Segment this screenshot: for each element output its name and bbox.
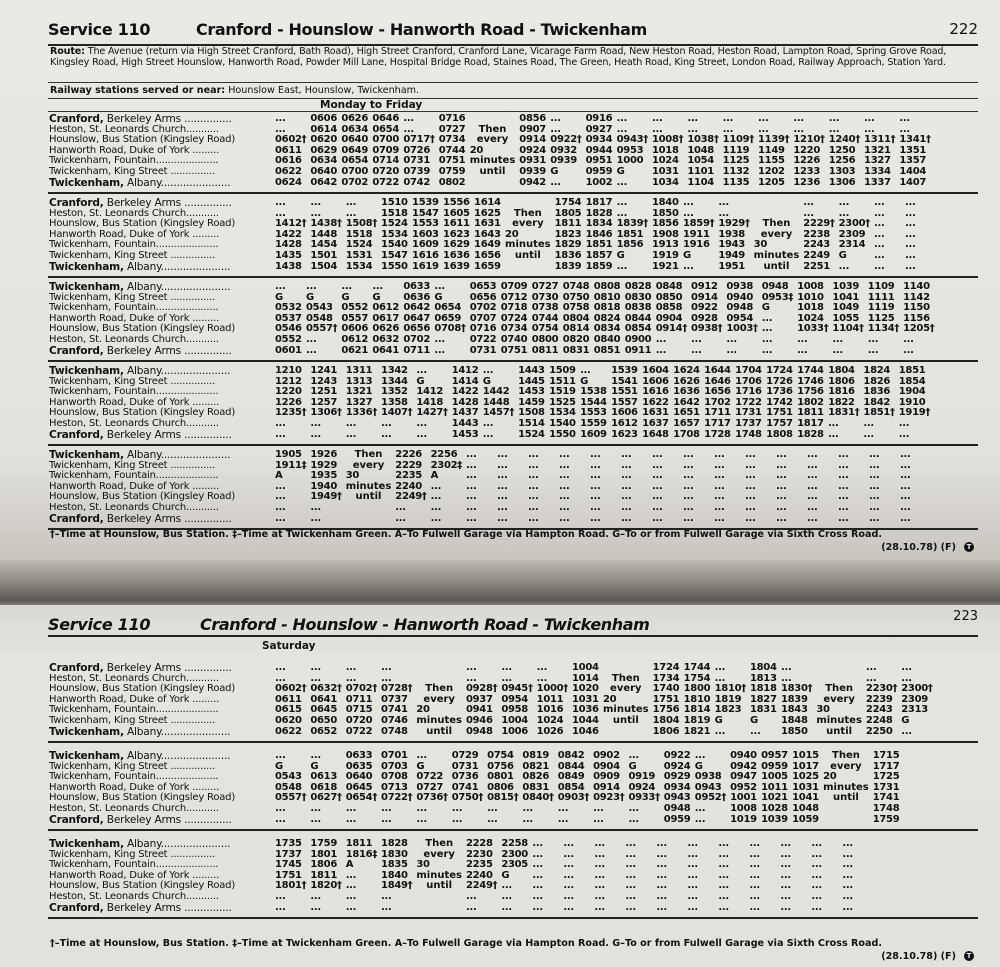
departure-time: ... — [654, 839, 685, 850]
departure-time: 1806 — [651, 727, 682, 738]
departure-time: ... — [756, 114, 791, 125]
departure-time: minutes — [814, 716, 864, 727]
departure-time: 1034 — [650, 178, 685, 189]
departure-time: ... — [273, 663, 308, 674]
departure-time: ... — [826, 419, 861, 430]
departure-time: ... — [615, 178, 650, 189]
page-number: 222 — [949, 20, 978, 38]
departure-time: 1624 — [671, 366, 702, 377]
stop-place: Hanworth Road, Duke of York ......... — [49, 229, 219, 240]
departure-time: ... — [801, 198, 836, 209]
departure-time: 1636 — [441, 251, 472, 262]
departure-time: ... — [626, 751, 661, 762]
departure-time: 0626 — [339, 114, 370, 125]
departure-time: 0711 — [401, 346, 432, 357]
departure-time: 0641 — [370, 346, 401, 357]
departure-time: ... — [713, 663, 748, 674]
departure-time: ... — [308, 751, 343, 762]
departure-time: 1531 — [344, 251, 379, 262]
departure-time: 1236 — [791, 178, 826, 189]
departure-time: ... — [778, 839, 809, 850]
departure-time: 1616 — [410, 251, 441, 262]
transport-logo-icon: T — [964, 951, 974, 961]
departure-time: ... — [485, 815, 520, 826]
departure-time: 1735 — [273, 839, 308, 850]
departure-time: ... — [591, 815, 626, 826]
departure-time: 1656 — [472, 251, 503, 262]
departure-time: 1132 — [721, 167, 756, 178]
departure-time — [821, 815, 871, 826]
stop-place: Albany...................... — [124, 261, 231, 273]
departure-time: ... — [344, 198, 379, 209]
timetable-grid: Cranford, Berkeley Arms ................… — [48, 198, 934, 272]
stop-name: Cranford, Berkeley Arms ............... — [48, 815, 273, 826]
stop-town: Cranford, — [49, 513, 104, 525]
departure-time: G — [837, 251, 872, 262]
table-row: Cranford, Berkeley Arms ................… — [48, 903, 871, 914]
stop-place: Twickenham, King Street ............... — [49, 849, 215, 860]
table-row: Cranford, Berkeley Arms ................… — [48, 430, 932, 441]
departure-time: G — [615, 251, 650, 262]
departure-time: ... — [273, 892, 308, 903]
departure-time: ... — [273, 114, 308, 125]
departure-time: 1104 — [685, 178, 720, 189]
page-number: 223 — [953, 609, 978, 624]
departure-time: ... — [809, 903, 840, 914]
departure-time: 0848 — [654, 282, 689, 293]
departure-time: ... — [836, 514, 867, 525]
stop-place: Hanworth Road, Duke of York ......... — [49, 870, 219, 881]
stop-place: Twickenham, Fountain....................… — [49, 704, 218, 715]
timetable-page-222: Service 110 Cranford - Hounslow - Hanwor… — [0, 0, 1000, 560]
departure-time: ... — [393, 514, 428, 525]
departure-time: ... — [414, 419, 449, 430]
departure-time: 2251 — [801, 262, 836, 273]
departure-time: ... — [379, 892, 414, 903]
departure-time: ... — [689, 346, 724, 357]
stop-name: Cranford, Berkeley Arms ............... — [48, 430, 273, 441]
departure-time: ... — [861, 419, 896, 430]
departure-time: 1850 — [779, 727, 814, 738]
departure-time: ... — [344, 804, 379, 815]
departure-time: 0939 — [517, 167, 548, 178]
departure-time: 0748 — [379, 727, 414, 738]
departure-time: ... — [308, 815, 343, 826]
departure-time: ... — [716, 198, 751, 209]
departure-time: 0722 — [468, 335, 499, 346]
departure-time — [814, 663, 864, 674]
departure-time: 0720 — [344, 716, 379, 727]
departure-time: 1501 — [308, 251, 343, 262]
departure-time: 1028 — [759, 804, 790, 815]
departure-time: ... — [872, 198, 903, 209]
reference-code: (28.10.78) (F)T — [881, 951, 974, 962]
departure-time: G — [748, 716, 779, 727]
departure-time: 0650 — [308, 716, 343, 727]
departure-time: 1019 — [728, 815, 759, 826]
departure-time: ... — [840, 892, 871, 903]
departure-time: ... — [592, 892, 623, 903]
departure-time: 0612 — [339, 335, 370, 346]
departure-time: ... — [344, 815, 379, 826]
departure-time: ... — [901, 346, 936, 357]
stop-place: Albany...................... — [124, 726, 231, 738]
divider — [48, 741, 978, 743]
departure-time: 0959 — [584, 167, 615, 178]
departure-time: ... — [530, 892, 561, 903]
departure-time: 1550 — [379, 262, 410, 273]
departure-time — [503, 262, 553, 273]
departure-time: ... — [432, 335, 467, 346]
departure-time: Then — [414, 839, 464, 850]
departure-time: ... — [273, 503, 308, 514]
departure-time: 2258 — [499, 839, 530, 850]
departure-time: ... — [450, 815, 485, 826]
departure-time: ... — [450, 804, 485, 815]
departure-time: 1759 — [308, 839, 343, 850]
departure-time: ... — [464, 663, 499, 674]
departure-time: 0727 — [530, 282, 561, 293]
departure-time: ... — [592, 903, 623, 914]
departure-time: Then — [821, 751, 871, 762]
departure-time: 1550 — [547, 430, 578, 441]
departure-time: ... — [535, 663, 570, 674]
stop-place: Heston, St. Leonards Church........... — [49, 418, 219, 429]
departure-time: until — [414, 881, 464, 892]
departure-time: ... — [379, 815, 414, 826]
stop-name: Twickenham, Albany...................... — [48, 262, 273, 273]
departure-time: 0840 — [592, 335, 623, 346]
departure-time: until — [344, 492, 394, 503]
departure-time: 0842 — [556, 751, 591, 762]
stop-place: Hounslow, Bus Station (Kingsley Road) — [49, 407, 235, 418]
departure-time: 1704 — [733, 366, 764, 377]
table-row: Cranford, Berkeley Arms ...............0… — [48, 346, 936, 357]
departure-time: 1821 — [682, 727, 713, 738]
departure-time: 1008 — [728, 804, 759, 815]
departure-time: ... — [592, 839, 623, 850]
departure-time: 1724 — [651, 663, 682, 674]
departure-time: ... — [548, 114, 583, 125]
departure-time: 0640 — [308, 167, 339, 178]
departure-time: 0948 — [760, 282, 795, 293]
departure-time: ... — [615, 114, 650, 125]
rail-label: Railway stations served or near: — [50, 85, 225, 96]
departure-time: 1311 — [344, 366, 379, 377]
departure-time: ... — [826, 430, 861, 441]
stop-place: Twickenham, King Street ............... — [49, 250, 215, 261]
service-number: Service 110 — [48, 20, 150, 39]
departure-time — [468, 114, 518, 125]
stop-place: Hounslow, Bus Station (Kingsley Road) — [49, 880, 235, 891]
departure-time: 1744 — [795, 366, 826, 377]
departure-time: 1859 — [584, 262, 615, 273]
departure-time: 1644 — [702, 366, 733, 377]
departure-time: 1101 — [685, 167, 720, 178]
stop-town: Twickenham, — [49, 177, 124, 189]
departure-time — [414, 892, 464, 903]
departure-time: 0621 — [339, 346, 370, 357]
departure-time: ... — [685, 903, 716, 914]
departure-time: 0948 — [662, 804, 693, 815]
departure-time: ... — [654, 903, 685, 914]
departure-time: 1817 — [795, 419, 826, 430]
departure-time: ... — [623, 892, 654, 903]
departure-time: 1715 — [871, 751, 902, 762]
departure-time: ... — [760, 335, 795, 346]
departure-time: 1006 — [499, 727, 534, 738]
departure-time: ... — [837, 262, 872, 273]
departure-time: 0916 — [584, 114, 615, 125]
departure-time: ... — [588, 503, 619, 514]
departure-time: ... — [712, 514, 743, 525]
departure-time: ... — [308, 804, 343, 815]
departure-time: 0802 — [437, 178, 468, 189]
departure-time: 1334 — [862, 167, 897, 178]
departure-time: until — [503, 251, 553, 262]
departure-time: 1951 — [716, 262, 751, 273]
stop-town: Cranford, — [49, 345, 104, 357]
departure-time: ... — [526, 450, 557, 461]
departure-time: ... — [520, 804, 555, 815]
departure-time: 1306 — [827, 178, 862, 189]
departure-time: 1748 — [871, 804, 902, 815]
departure-time: until — [414, 727, 464, 738]
departure-time: Then — [344, 450, 394, 461]
departure-time: until — [601, 716, 651, 727]
departure-time: 1303 — [827, 167, 862, 178]
departure-time: 0759 — [437, 167, 468, 178]
stop-place: Hounslow, Bus Station (Kingsley Road) — [49, 134, 235, 145]
departure-time: 1202 — [756, 167, 791, 178]
departure-time: ... — [774, 503, 805, 514]
departure-time: 0652 — [308, 727, 343, 738]
departure-time: minutes — [752, 251, 802, 262]
departure-time: G — [681, 251, 716, 262]
departure-time: 1404 — [897, 167, 932, 178]
departure-time: 0912 — [689, 282, 724, 293]
divider — [48, 444, 978, 446]
departure-time: 1748 — [733, 430, 764, 441]
stop-town: Twickenham, — [49, 726, 124, 738]
departure-time — [752, 198, 802, 209]
stop-place: Hanworth Road, Duke of York ......... — [49, 313, 219, 324]
departure-time: ... — [840, 839, 871, 850]
departure-time: ... — [774, 514, 805, 525]
departure-time: ... — [650, 503, 681, 514]
departure-time: ... — [615, 198, 650, 209]
stop-town: Cranford, — [49, 429, 104, 441]
departure-time: ... — [743, 514, 774, 525]
departure-time: 0831 — [561, 346, 592, 357]
departure-time: 1659 — [472, 262, 503, 273]
divider — [48, 917, 978, 919]
stop-place: Heston, St. Leonards Church........... — [49, 673, 219, 684]
departure-time: ... — [273, 514, 308, 525]
departure-time: 2250 — [864, 727, 899, 738]
departure-time: 1412 — [450, 366, 481, 377]
departure-time: ... — [432, 282, 467, 293]
departure-time: 1342 — [379, 366, 414, 377]
departure-time: ... — [557, 503, 588, 514]
departure-time: 0811 — [530, 346, 561, 357]
departure-time: ... — [561, 903, 592, 914]
departure-time: ... — [530, 903, 561, 914]
departure-time: 1008 — [795, 282, 830, 293]
departure-time: ... — [414, 366, 449, 377]
stop-place: Berkeley Arms ............... — [104, 902, 232, 914]
departure-time: ... — [867, 503, 898, 514]
stop-town: Cranford, — [49, 902, 104, 914]
departure-time: ... — [344, 892, 379, 903]
departure-time: 1840 — [650, 198, 681, 209]
stop-name: Cranford, Berkeley Arms ............... — [48, 514, 273, 525]
stop-place: Twickenham, Fountain....................… — [49, 470, 218, 481]
departure-time: 1559 — [578, 419, 609, 430]
departure-time: ... — [805, 503, 836, 514]
departure-time: ... — [464, 503, 495, 514]
departure-time: ... — [393, 503, 428, 514]
departure-time: ... — [499, 663, 534, 674]
departure-time: 0653 — [468, 282, 499, 293]
departure-time: ... — [903, 262, 934, 273]
departure-time: 1443 — [450, 419, 481, 430]
departure-time: ... — [716, 903, 747, 914]
departure-time: 1015 — [790, 751, 821, 762]
departure-time: ... — [864, 663, 899, 674]
stop-place: Twickenham, King Street ............... — [49, 376, 215, 387]
departure-time: ... — [619, 503, 650, 514]
departure-time — [821, 804, 871, 815]
departure-time: ... — [273, 815, 308, 826]
departure-time: ... — [588, 450, 619, 461]
departure-time: ... — [561, 892, 592, 903]
stop-place: Hanworth Road, Duke of York ......... — [49, 397, 219, 408]
departure-time: until — [752, 262, 802, 273]
departure-time: ... — [795, 346, 830, 357]
departure-time: 1708 — [671, 430, 702, 441]
departure-time: 1438 — [273, 262, 308, 273]
departure-time: 2256 — [429, 450, 464, 461]
departure-time: 0828 — [623, 282, 654, 293]
departure-time: 1604 — [640, 366, 671, 377]
departure-time: 0820 — [561, 335, 592, 346]
departure-time: ... — [273, 751, 308, 762]
stop-place: Hanworth Road, Duke of York ......... — [49, 782, 219, 793]
departure-time: ... — [370, 282, 401, 293]
departure-time: ... — [866, 346, 901, 357]
departure-time: G — [713, 716, 748, 727]
departure-time: 1949 — [716, 251, 751, 262]
stop-place: Hanworth Road, Duke of York ......... — [49, 145, 219, 156]
stop-place: Heston, St. Leonards Church........... — [49, 502, 219, 513]
departure-time: ... — [557, 514, 588, 525]
departure-time: 1556 — [441, 198, 472, 209]
departure-time: 0624 — [273, 178, 308, 189]
stop-place: Hounslow, Bus Station (Kingsley Road) — [49, 323, 235, 334]
departure-time: 1514 — [516, 419, 547, 430]
departure-time: 0633 — [344, 751, 379, 762]
departure-time: ... — [344, 419, 379, 430]
departure-time: ... — [693, 804, 728, 815]
departure-time: ... — [681, 262, 716, 273]
departure-time: 0606 — [308, 114, 339, 125]
departure-time: ... — [344, 430, 379, 441]
departure-time: ... — [805, 514, 836, 525]
departure-time: 0622 — [273, 727, 308, 738]
departure-time: ... — [809, 839, 840, 850]
departure-time: ... — [273, 282, 304, 293]
departure-time: ... — [650, 450, 681, 461]
departure-time: ... — [308, 419, 343, 430]
departure-time: until — [468, 167, 518, 178]
departure-time: 0729 — [450, 751, 485, 762]
departure-time: ... — [903, 251, 934, 262]
departure-time: 1851 — [897, 366, 932, 377]
departure-time: minutes — [414, 716, 464, 727]
departure-time: ... — [778, 892, 809, 903]
departure-time: ... — [561, 839, 592, 850]
departure-time: ... — [903, 198, 934, 209]
departure-time: ... — [840, 903, 871, 914]
stop-place: Twickenham, Fountain....................… — [49, 239, 218, 250]
departure-time: ... — [429, 514, 464, 525]
stop-place: Hanworth Road, Duke of York ......... — [49, 481, 219, 492]
departure-time: ... — [805, 450, 836, 461]
stop-place: Twickenham, Fountain....................… — [49, 386, 218, 397]
departure-time: 1024 — [535, 716, 570, 727]
book-gutter — [0, 560, 1000, 610]
stop-place: Twickenham, King Street ............... — [49, 292, 215, 303]
departure-time: ... — [654, 892, 685, 903]
departure-time: 1510 — [379, 198, 410, 209]
departure-time: ... — [414, 815, 449, 826]
departure-time: 0646 — [370, 114, 401, 125]
departure-time: ... — [693, 815, 728, 826]
departure-time: ... — [464, 903, 499, 914]
departure-time: ... — [898, 503, 929, 514]
reference-text: (28.10.78) (F) — [881, 951, 956, 962]
departure-time: ... — [681, 198, 716, 209]
departure-time: 0754 — [485, 751, 520, 762]
stop-place: Hounslow, Bus Station (Kingsley Road) — [49, 683, 235, 694]
departure-time: 1817 — [584, 198, 615, 209]
page-header: Service 110 Cranford - Hounslow - Hanwor… — [48, 615, 978, 641]
departure-time: 1824 — [861, 366, 896, 377]
timetable-page-223: Service 110 Cranford - Hounslow - Hanwor… — [0, 605, 1000, 967]
departure-time: ... — [866, 335, 901, 346]
departure-time: 2226 — [393, 450, 428, 461]
departure-time: ... — [414, 804, 449, 815]
departure-time: 1839 — [553, 262, 584, 273]
stop-place: Twickenham, Fountain....................… — [49, 155, 218, 166]
departure-time: ... — [495, 450, 526, 461]
departure-time: ... — [344, 663, 379, 674]
departure-time: ... — [716, 892, 747, 903]
departure-time: ... — [520, 815, 555, 826]
departure-time: 1435 — [273, 251, 308, 262]
departure-time: ... — [530, 839, 561, 850]
stop-name: Cranford, Berkeley Arms ............... — [48, 346, 273, 357]
departure-time: ... — [344, 903, 379, 914]
departure-time: 1002 — [584, 178, 615, 189]
stop-place: Berkeley Arms ............... — [104, 429, 232, 441]
timetable-grid: Cranford, Berkeley Arms ................… — [48, 663, 935, 737]
departure-time: 1026 — [535, 727, 570, 738]
departure-time: ... — [716, 839, 747, 850]
departure-time: 1811 — [344, 839, 379, 850]
stop-town: Cranford, — [49, 814, 104, 826]
